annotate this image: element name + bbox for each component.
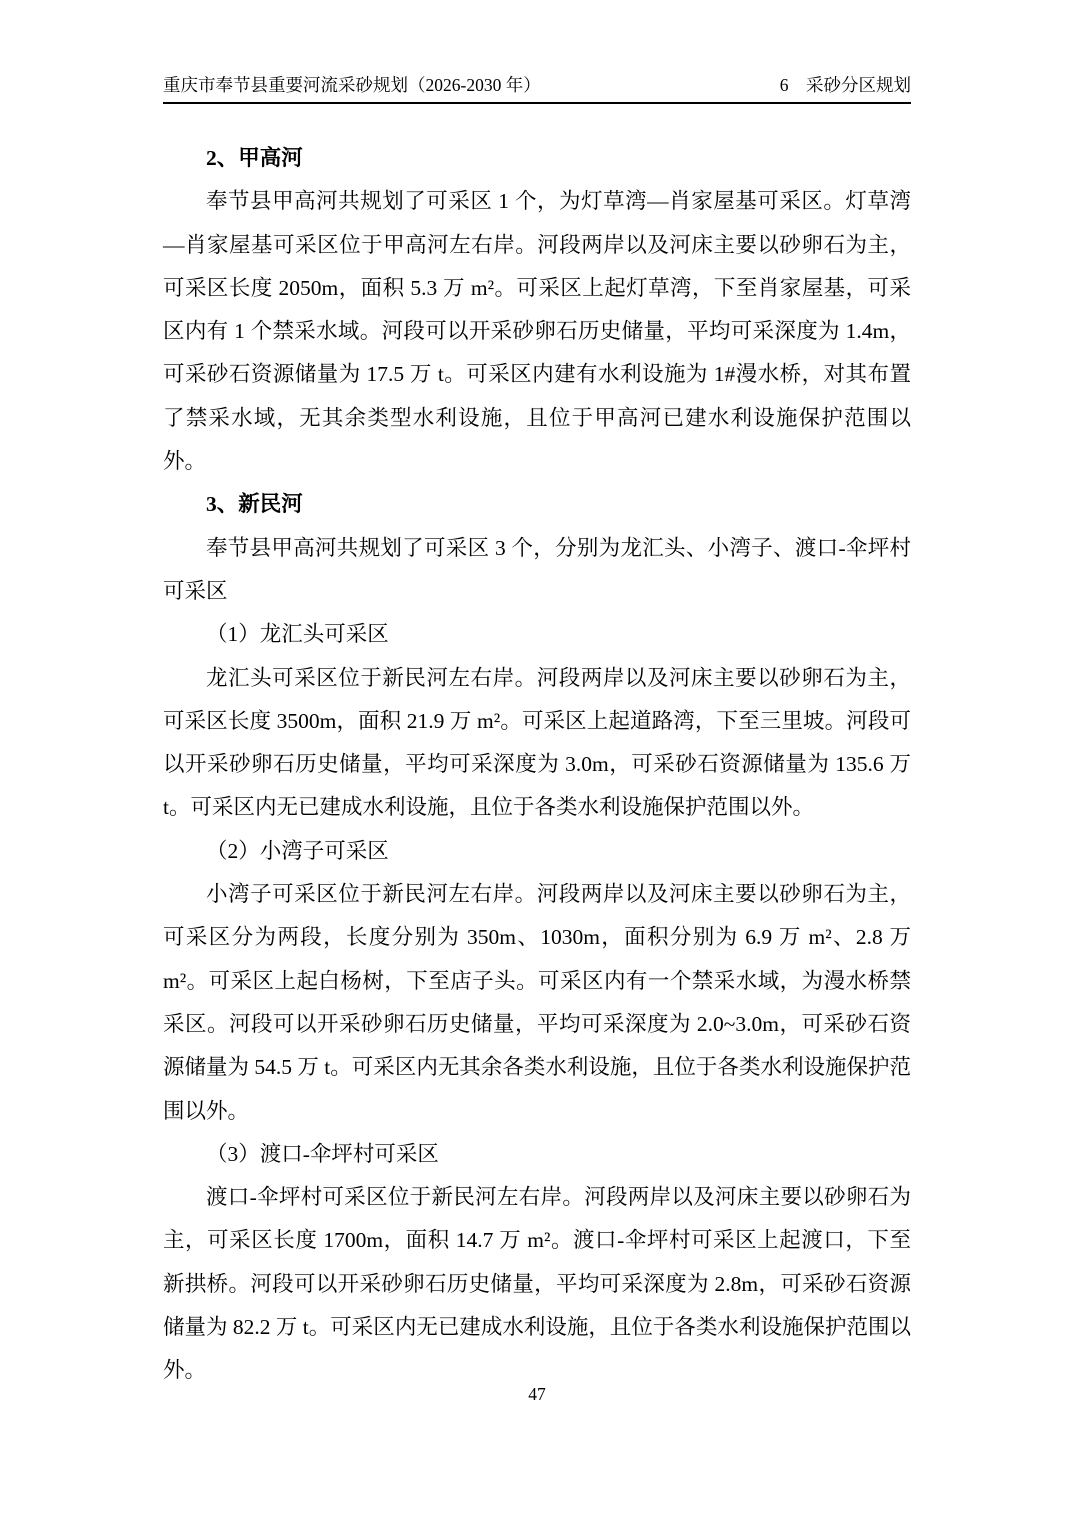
document-page: 重庆市奉节县重要河流采砂规划（2026-2030 年） 6 采砂分区规划 2、甲…	[0, 0, 1074, 1520]
paragraph-xinmin-river-intro: 奉节县甲高河共规划了可采区 3 个，分别为龙汇头、小湾子、渡口-伞坪村可采区	[163, 527, 911, 614]
document-body: 2、甲高河 奉节县甲高河共规划了可采区 1 个，为灯草湾—肖家屋基可采区。灯草湾…	[163, 137, 911, 1393]
paragraph-xiaowanzi: 小湾子可采区位于新民河左右岸。河段两岸以及河床主要以砂卵石为主，可采区分为两段，…	[163, 873, 911, 1133]
header-document-title: 重庆市奉节县重要河流采砂规划（2026-2030 年）	[163, 74, 541, 96]
paragraph-longhuitou: 龙汇头可采区位于新民河左右岸。河段两岸以及河床主要以砂卵石为主，可采区长度 35…	[163, 657, 911, 830]
sub-heading-dukou-sanpingcun: （3）渡口-伞坪村可采区	[163, 1133, 911, 1176]
page-footer: 47	[0, 1384, 1074, 1405]
sub-heading-xiaowanzi: （2）小湾子可采区	[163, 830, 911, 873]
section-heading-jiagao-river: 2、甲高河	[163, 137, 911, 180]
sub-heading-longhuitou: （1）龙汇头可采区	[163, 613, 911, 656]
section-heading-xinmin-river: 3、新民河	[163, 483, 911, 526]
paragraph-jiagao-river: 奉节县甲高河共规划了可采区 1 个，为灯草湾—肖家屋基可采区。灯草湾—肖家屋基可…	[163, 180, 911, 483]
page-number: 47	[528, 1384, 546, 1404]
paragraph-dukou-sanpingcun: 渡口-伞坪村可采区位于新民河左右岸。河段两岸以及河床主要以砂卵石为主，可采区长度…	[163, 1176, 911, 1392]
page-header: 重庆市奉节县重要河流采砂规划（2026-2030 年） 6 采砂分区规划	[163, 74, 911, 104]
header-chapter-title: 6 采砂分区规划	[780, 74, 911, 96]
